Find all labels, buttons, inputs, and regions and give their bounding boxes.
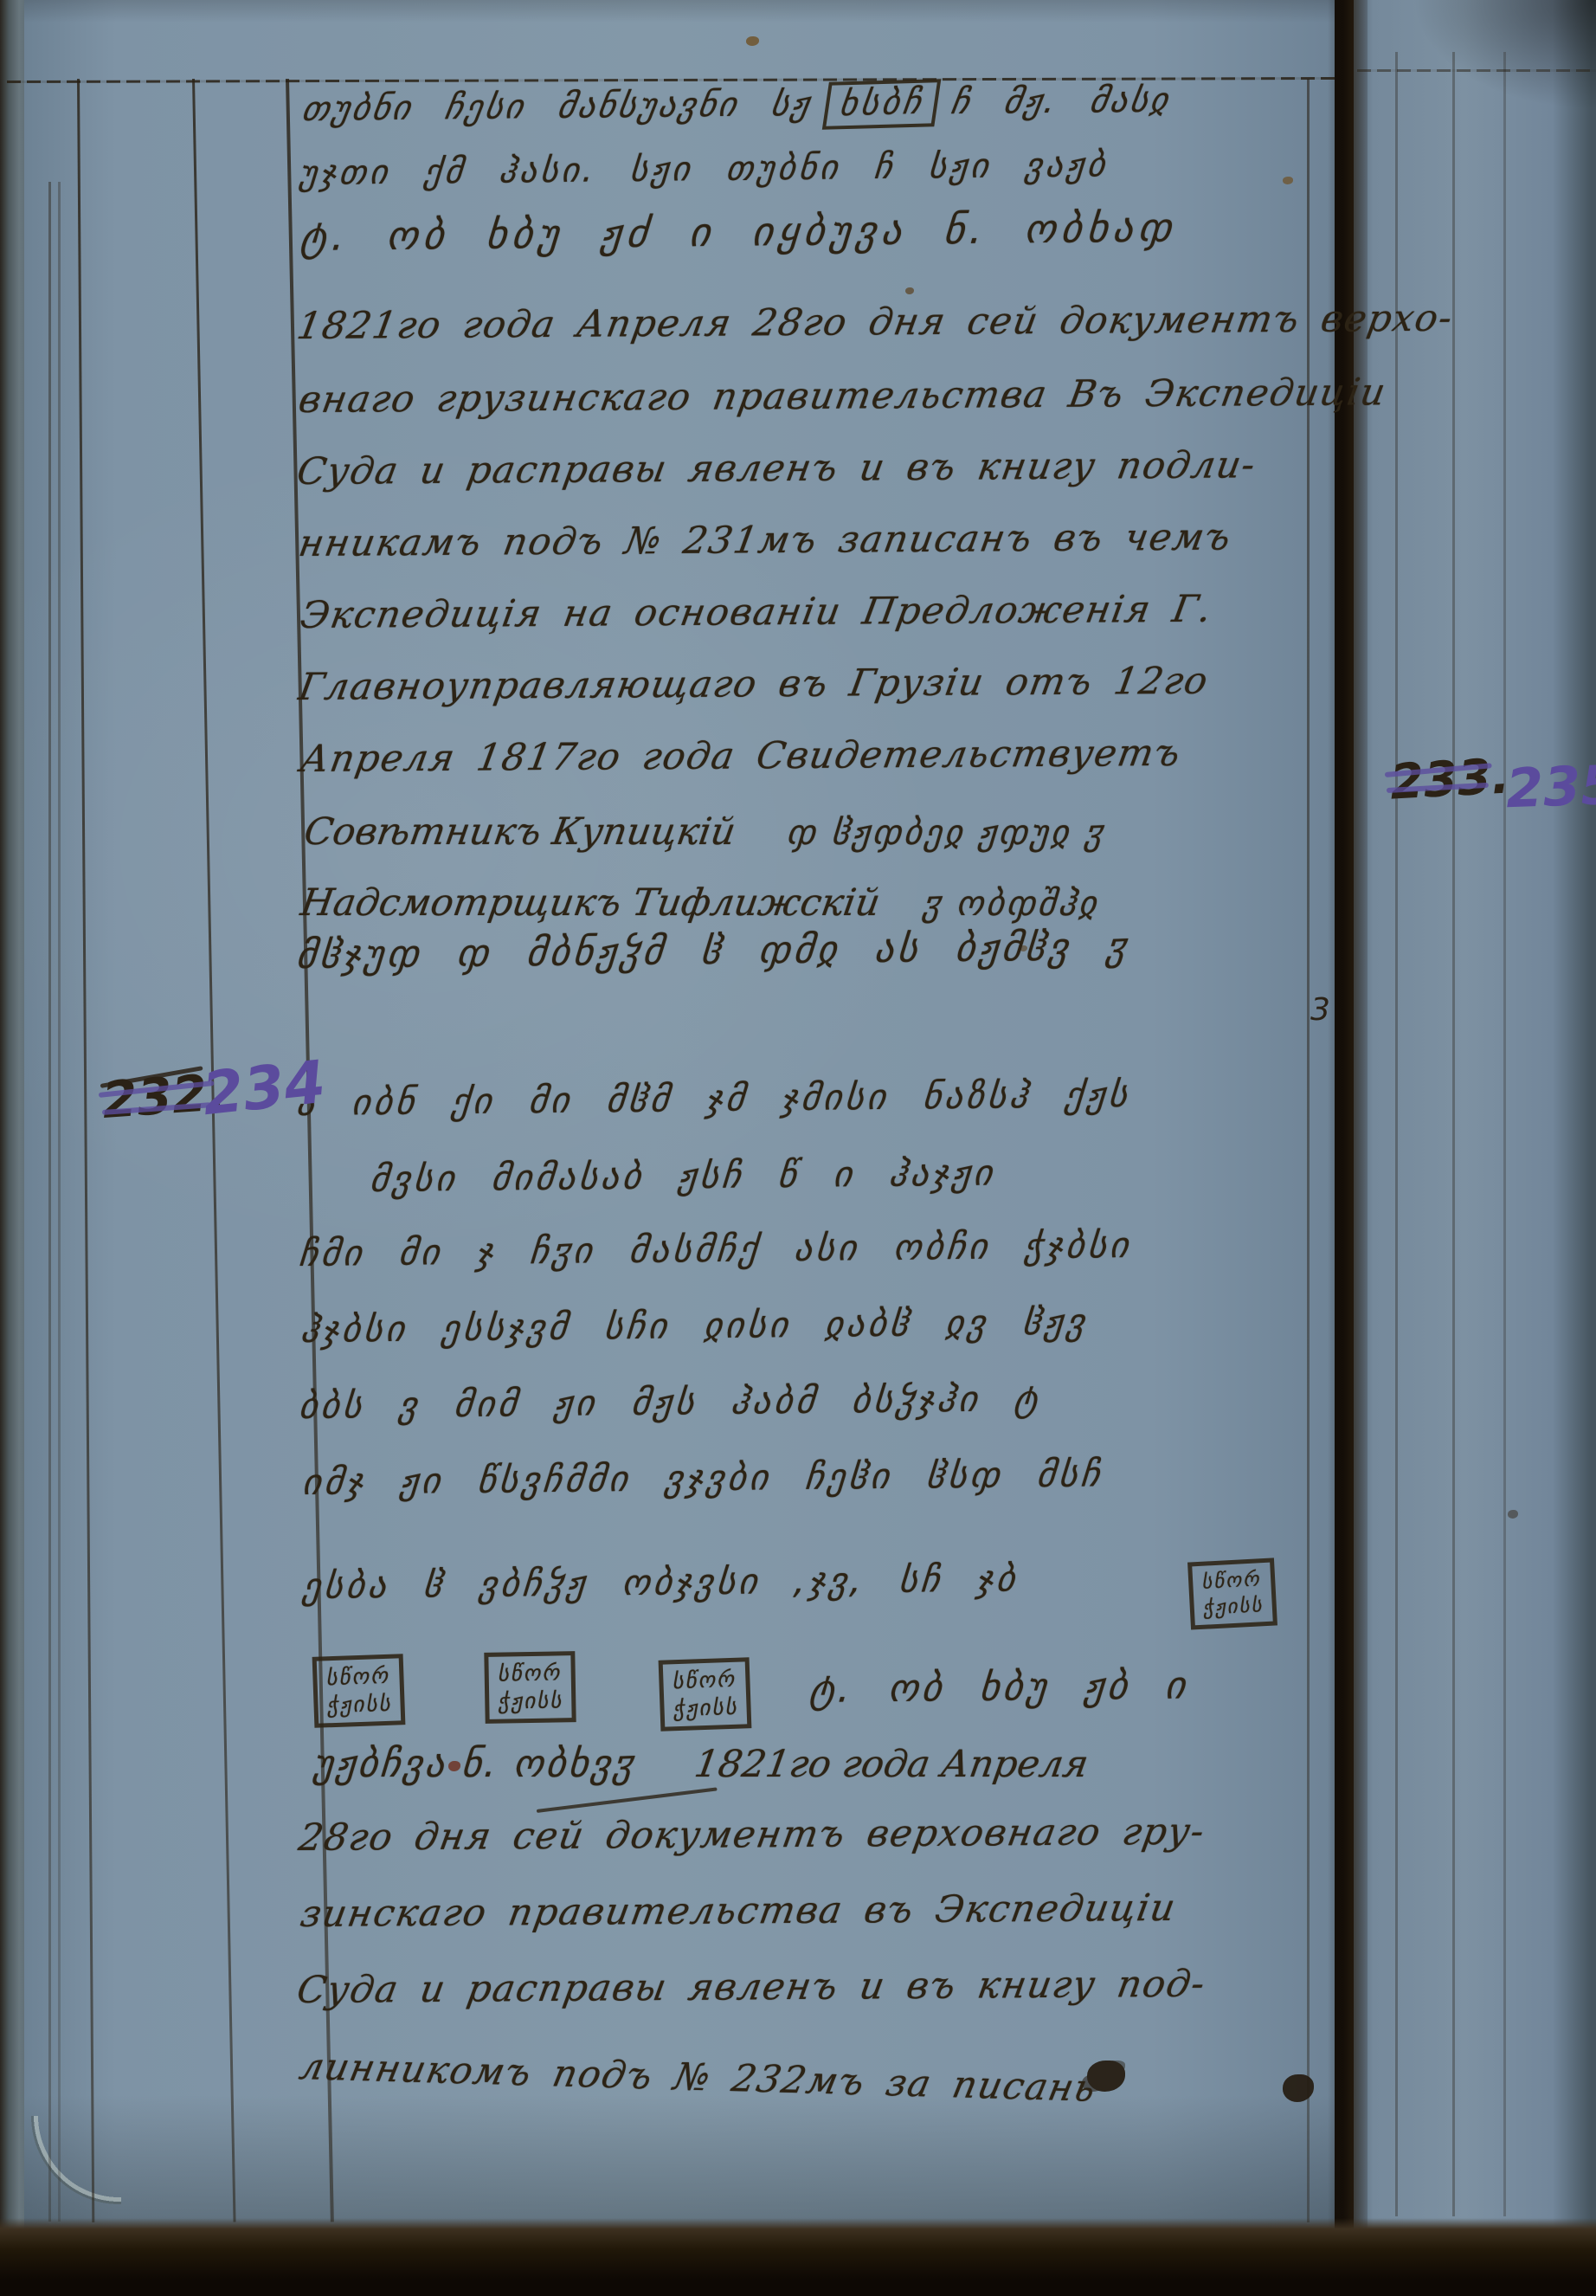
manuscript-line: Суда и расправы явленъ и въ книгу под- xyxy=(294,1963,1209,2012)
manuscript-line: ა იბნ ქი მი მჱმ ჯმ ჯმისი ნაზსჰ ქჟს xyxy=(294,1074,1132,1124)
margin-line-far-left-a xyxy=(48,182,51,2222)
notary-seal-box: სწორ ჭჟისს xyxy=(484,1651,576,1724)
signature-georgian: უჟბჩვა ნ. ობხვჳ xyxy=(312,1742,637,1786)
adjacent-fold-line-3 xyxy=(1503,52,1506,2216)
boxed-word-seal: ხსბჩ xyxy=(821,79,941,130)
manuscript-line: Апреля 1817го года Свидетельствуетъ xyxy=(298,732,1185,781)
seal-text-line: სწორ xyxy=(325,1662,391,1693)
signature-georgian: ჶ ჱჟჶბეჲ ჟჶუჲ ჳ xyxy=(785,813,1106,853)
seal-text-line: ჭჟისს xyxy=(1202,1592,1264,1622)
book-bottom-edge xyxy=(0,2218,1596,2296)
manuscript-line: ჰჯბსი ესსჯვმ სჩი ჲისი ჲაბჱ ჲვ ჱჟვ xyxy=(299,1300,1090,1351)
seal-text-line: სწორ xyxy=(1200,1566,1262,1596)
margin-line-far-left-b xyxy=(58,182,61,2222)
header-text: ჩ მჟ. მასჲ xyxy=(948,81,1174,122)
manuscript-line: Суда и расправы явленъ и въ книгу подли- xyxy=(294,443,1260,493)
page-number-right: 235 xyxy=(1505,753,1596,820)
adjacent-ruled-line-top xyxy=(1357,69,1596,72)
manuscript-line: Главноуправляющаго въ Грузiи отъ 12го xyxy=(296,660,1213,709)
seal-text-line: ჭჟისს xyxy=(673,1693,738,1724)
date-text: 1821го года Апреля xyxy=(692,1743,1091,1786)
signature-title: Надсмотрщикъ Тифлижскiй xyxy=(298,881,883,925)
page-corner-stack xyxy=(5,2116,121,2228)
page-number-left: 234 xyxy=(199,1048,328,1129)
seal-text-line: ჭჟისს xyxy=(326,1690,392,1720)
manuscript-line: ტ. ობ ხბუ ჟძ ი იყბუვა ნ. ობხაჶ xyxy=(299,203,1179,260)
manuscript-line: ესბა ჱ ვბჩჴჟ ობჯვსი ,ჯვ, სჩ ჯბ xyxy=(300,1558,1020,1607)
book-gutter-shadow xyxy=(1328,0,1368,2296)
adjacent-page-edge xyxy=(1354,0,1596,2296)
notary-seal-box: სწორ ჭჟისს xyxy=(312,1654,406,1728)
manuscript-line: Экспедицiя на основанiи Предложенiя Г. xyxy=(298,588,1216,637)
old-page-number-right: 233. xyxy=(1388,748,1510,810)
manuscript-line: нникамъ подъ № 231мъ записанъ въ чемъ xyxy=(296,515,1235,565)
adjacent-fold-line-2 xyxy=(1452,52,1455,2216)
margin-digit: 3 xyxy=(1310,992,1330,1028)
manuscript-line: იმჯ ჟი წსვჩმმი ვჯვბი ჩეჱი ჱსჶ მსჩ xyxy=(300,1453,1104,1503)
notary-seal-box: სწორ ჭჟისს xyxy=(1187,1558,1277,1629)
scanned-manuscript-page: თუბნი ჩესი მანსუავნი სჟხსბჩჩ მჟ. მასჲ უჯ… xyxy=(0,0,1596,2296)
manuscript-line: უჟბჩვა ნ. ობხვჳ 1821го года Апреля xyxy=(313,1742,1088,1786)
manuscript-line: внаго грузинскаго правительства Въ Экспе… xyxy=(296,371,1390,422)
manuscript-line: 28го дня сей документъ верховнаго гру- xyxy=(296,1810,1209,1860)
seal-text-line: ჭჟისს xyxy=(498,1687,563,1715)
manuscript-line: Надсмотрщикъ Тифлижскiй ჳ ობჶშჰჲ xyxy=(301,881,1099,925)
manuscript-line: ჩმი მი ჯ ჩჳი მასმჩქ ასი ობჩი ჭჯბსი xyxy=(297,1224,1133,1274)
manuscript-line: ტ. ობ ხბუ ჟბ ი xyxy=(808,1663,1190,1712)
manuscript-line: მვსი მიმასაბ ჟსჩ წ ი ჰაჯჟი xyxy=(368,1151,997,1200)
notary-seal-box: სწორ ჭჟისს xyxy=(659,1657,752,1732)
manuscript-line: ბბს ვ მიმ ჟი მჟს ჰაბმ ბსჴჯჰი ტ xyxy=(297,1377,1043,1427)
seal-text-line: სწორ xyxy=(497,1659,563,1687)
manuscript-line: თუბნი ჩესი მანსუავნი სჟხსბჩჩ მჟ. მასჲ xyxy=(300,78,1173,134)
manuscript-line: зинскаго правительства въ Экспедицiи xyxy=(298,1886,1180,1936)
manuscript-line: მჱჯუჶ ჶ მბნჟჴმ ჱ ჶმჲ ას ბჟმჱვ ჳ xyxy=(294,925,1131,977)
signature-georgian: ჳ ობჶშჰჲ xyxy=(921,884,1101,924)
signature-title: Совѣтникъ Купицкiй xyxy=(301,810,738,854)
seal-text-line: სწორ xyxy=(672,1666,737,1696)
header-text: თუბნი ჩესი მანსუავნი სჟ xyxy=(299,85,814,129)
adjacent-fold-line-1 xyxy=(1395,52,1398,2216)
manuscript-line: 1821го года Апреля 28го дня сей документ… xyxy=(294,297,1457,348)
manuscript-line: Совѣтникъ Купицкiй ჶ ჱჟჶბეჲ ჟჶუჲ ჳ xyxy=(305,810,1104,854)
